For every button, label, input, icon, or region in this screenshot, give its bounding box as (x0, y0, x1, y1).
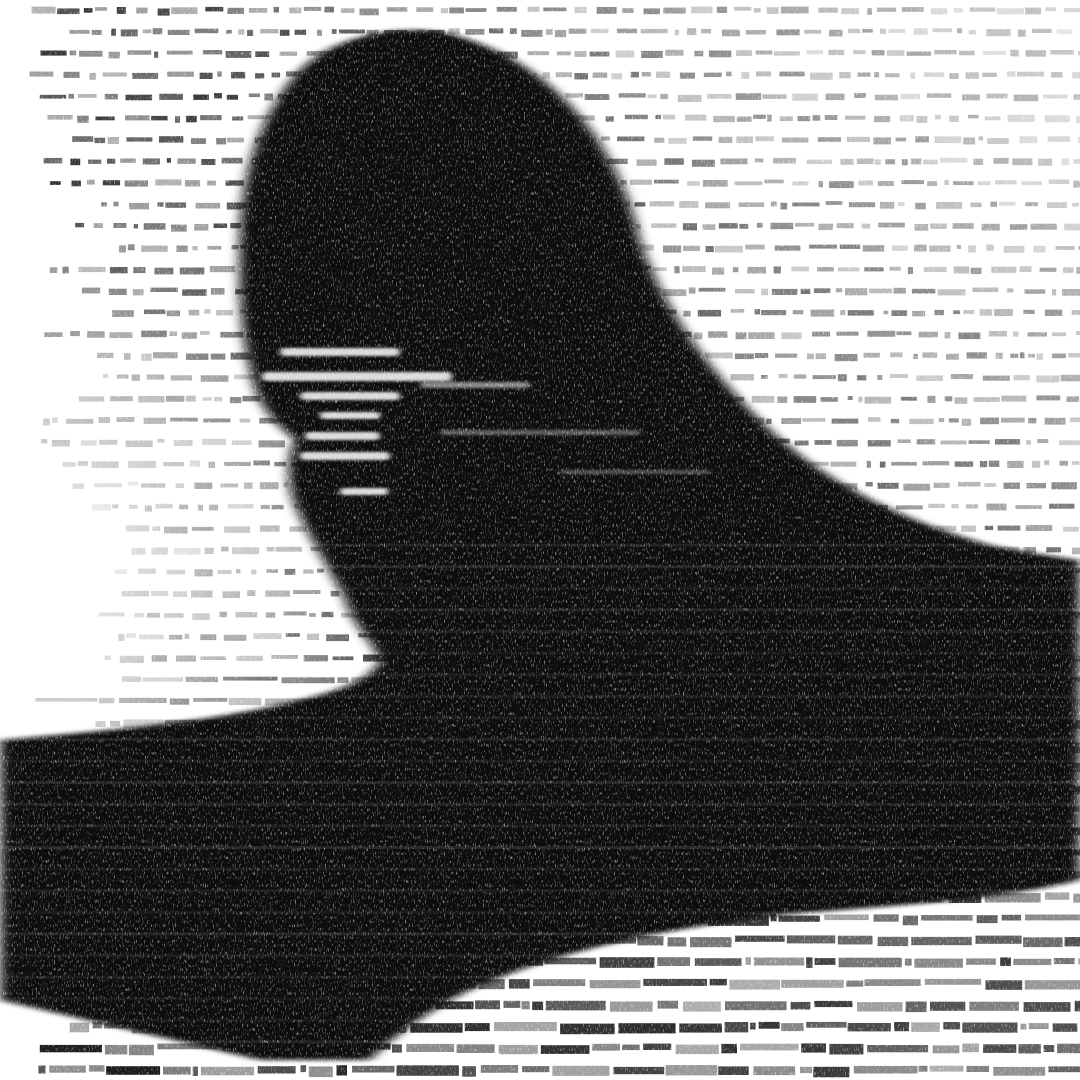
grain-texture (0, 0, 1080, 1080)
halftone-portrait (0, 0, 1080, 1080)
